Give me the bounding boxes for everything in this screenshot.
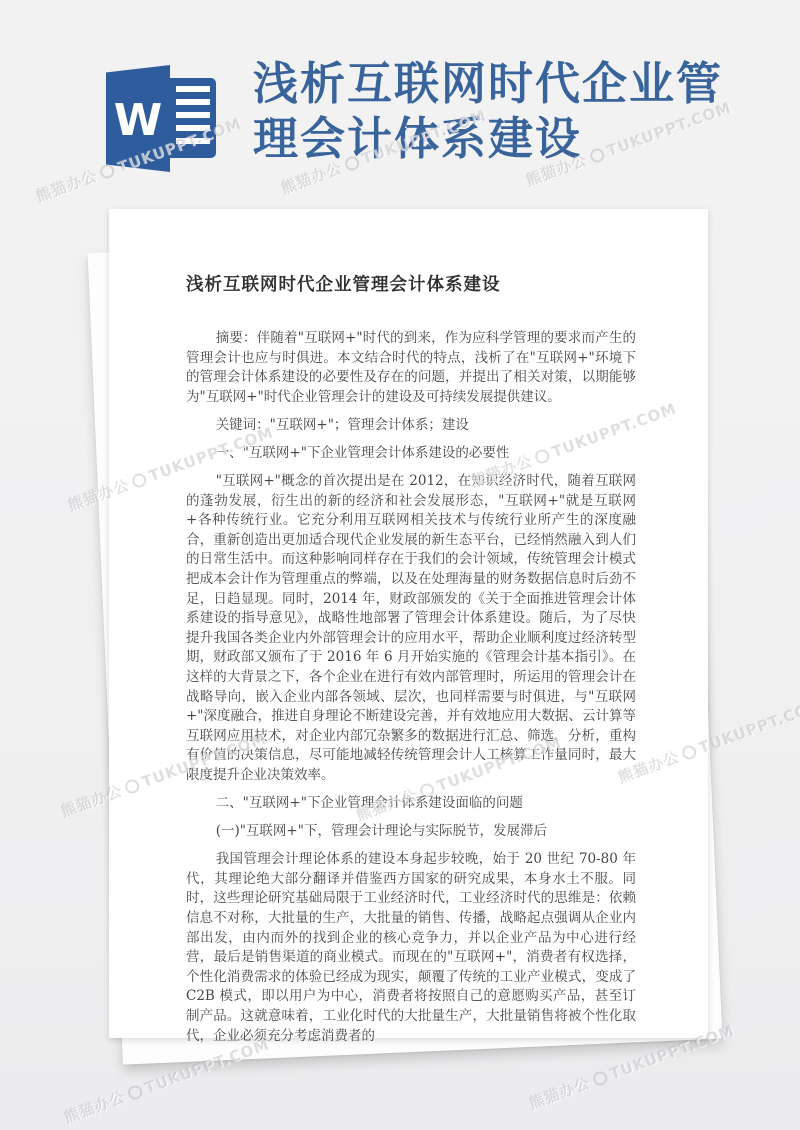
watermark-brand: 熊猫办公 (527, 1074, 593, 1113)
watermark-brand: 熊猫办公 (34, 167, 100, 206)
watermark-domain: TUKUPPT.COM (696, 695, 800, 757)
section-heading-2: 二、"互联网+"下企业管理会计体系建设面临的问题 (186, 794, 636, 814)
page-title: 浅析互联网时代企业管理会计体系建设 (253, 56, 731, 166)
panda-logo-icon (591, 1070, 609, 1088)
word-icon-document (166, 78, 216, 158)
watermark-brand: 熊猫办公 (62, 1088, 128, 1127)
panda-logo-icon (126, 1084, 144, 1102)
word-icon-letter: W (114, 99, 163, 143)
word-file-icon: W (106, 62, 218, 176)
document-body: 摘要：伴随着"互联网+"时代的到来，作为应科学管理的要求而产生的管理会计也应与时… (186, 329, 636, 1046)
document-page: 浅析互联网时代企业管理会计体系建设 摘要：伴随着"互联网+"时代的到来，作为应科… (109, 209, 708, 1038)
abstract-paragraph: 摘要：伴随着"互联网+"时代的到来，作为应科学管理的要求而产生的管理会计也应与时… (186, 329, 636, 407)
word-icon-flap: W (106, 65, 170, 172)
page-background: W 浅析互联网时代企业管理会计体系建设 浅析互联网时代企业管理会计体系建设 摘要… (0, 0, 800, 1130)
document-title: 浅析互联网时代企业管理会计体系建设 (186, 271, 636, 296)
keywords-paragraph: 关键词："互联网+"；管理会计体系；建设 (186, 416, 636, 436)
sub-heading-2-1: (一)"互联网+"下，管理会计理论与实际脱节，发展滞后 (186, 822, 636, 842)
section-heading-1: 一、"互联网+"下企业管理会计体系建设的必要性 (186, 444, 636, 464)
word-icon-text-lines-icon (176, 86, 210, 151)
document-content: 浅析互联网时代企业管理会计体系建设 摘要：伴随着"互联网+"时代的到来，作为应科… (109, 209, 708, 1046)
body-paragraph-1: "互联网+"概念的首次提出是在 2012，在知识经济时代，随着互联网的蓬勃发展，… (186, 472, 636, 786)
body-paragraph-2: 我国管理会计理论体系的建设本身起步较晚，始于 20 世纪 70-80 年代，其理… (186, 850, 636, 1046)
